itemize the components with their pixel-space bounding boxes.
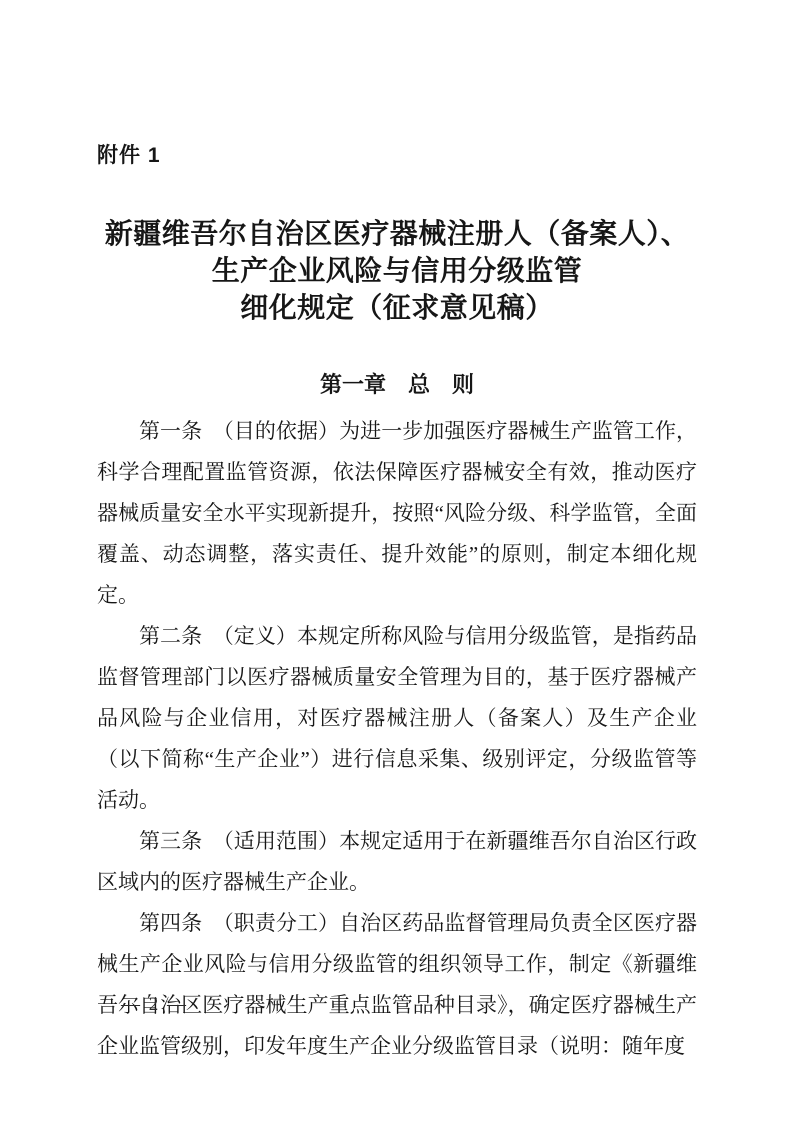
- document-body: 第一条 （目的依据）为进一步加强医疗器械生产监管工作，科学合理配置监管资源，依法…: [97, 411, 697, 1067]
- paragraph-article-2: 第二条 （定义）本规定所称风险与信用分级监管，是指药品监督管理部门以医疗器械质量…: [97, 616, 697, 821]
- title-line-1: 新疆维吾尔自治区医疗器械注册人（备案人）、: [97, 216, 697, 253]
- title-line-2: 生产企业风险与信用分级监管: [97, 253, 697, 290]
- attachment-label: 附件 1: [97, 143, 697, 169]
- title-line-3: 细化规定（征求意见稿）: [97, 290, 697, 327]
- document-page: 附件 1 新疆维吾尔自治区医疗器械注册人（备案人）、 生产企业风险与信用分级监管…: [0, 0, 793, 1122]
- document-content: 附件 1 新疆维吾尔自治区医疗器械注册人（备案人）、 生产企业风险与信用分级监管…: [97, 143, 697, 1067]
- chapter-heading: 第一章 总 则: [97, 372, 697, 398]
- paragraph-article-1: 第一条 （目的依据）为进一步加强医疗器械生产监管工作，科学合理配置监管资源，依法…: [97, 411, 697, 616]
- paragraph-article-3: 第三条 （适用范围）本规定适用于在新疆维吾尔自治区行政区域内的医疗器械生产企业。: [97, 821, 697, 903]
- paragraph-article-4: 第四条 （职责分工）自治区药品监督管理局负责全区医疗器械生产企业风险与信用分级监…: [97, 903, 697, 1067]
- document-title: 新疆维吾尔自治区医疗器械注册人（备案人）、 生产企业风险与信用分级监管 细化规定…: [97, 216, 697, 327]
- page-number: — 2 —: [121, 994, 188, 1016]
